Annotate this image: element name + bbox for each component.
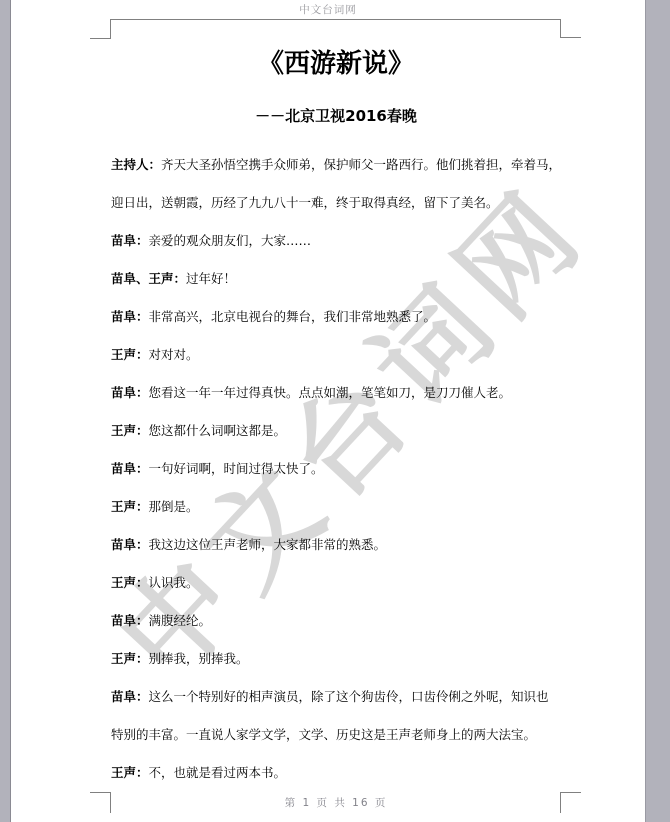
margin-mark-top-left bbox=[90, 19, 111, 39]
speaker-label: 王声： bbox=[111, 765, 149, 780]
dialogue-text: 一句好词啊，时间过得太快了。 bbox=[149, 461, 324, 476]
dialogue-text: 别捧我，别捧我。 bbox=[149, 651, 249, 666]
speaker-label: 苗阜： bbox=[111, 233, 149, 248]
document-viewer: 中文台词网 中文台词网 《西游新说》 －－北京卫视2016春晚 主持人：齐天大圣… bbox=[0, 0, 670, 822]
page-content-layer: 中文台词网 《西游新说》 －－北京卫视2016春晚 主持人：齐天大圣孙悟空携手众… bbox=[11, 0, 645, 822]
speaker-label: 王声： bbox=[111, 347, 149, 362]
dialogue-line: 苗阜：我这边这位王声老师，大家都非常的熟悉。 bbox=[111, 526, 563, 564]
dialogue-text: 我这边这位王声老师，大家都非常的熟悉。 bbox=[149, 537, 387, 552]
document-subtitle: －－北京卫视2016春晚 bbox=[111, 105, 561, 127]
dialogue-text: 特别的丰富。一直说人家学文学，文学、历史这是王声老师身上的两大法宝。 bbox=[111, 727, 536, 742]
speaker-label: 苗阜： bbox=[111, 385, 149, 400]
document-title: 《西游新说》 bbox=[111, 47, 561, 81]
dialogue-text: 认识我。 bbox=[149, 575, 199, 590]
dialogue-line: 苗阜：您看这一年一年过得真快。点点如潮，笔笔如刀，是刀刀催人老。 bbox=[111, 374, 563, 412]
speaker-label: 苗阜： bbox=[111, 461, 149, 476]
speaker-label: 王声： bbox=[111, 575, 149, 590]
dialogue-text: 您看这一年一年过得真快。点点如潮，笔笔如刀，是刀刀催人老。 bbox=[149, 385, 512, 400]
dialogue-line: 王声：不，也就是看过两本书。 bbox=[111, 754, 563, 792]
dialogue-lines: 主持人：齐天大圣孙悟空携手众师弟，保护师父一路西行。他们挑着担，牵着马，迎日出，… bbox=[111, 146, 563, 792]
speaker-label: 王声： bbox=[111, 651, 149, 666]
dialogue-line: 苗阜：非常高兴，北京电视台的舞台，我们非常地熟悉了。 bbox=[111, 298, 563, 336]
dialogue-line: 苗阜、王声：过年好！ bbox=[111, 260, 563, 298]
speaker-label: 苗阜、王声： bbox=[111, 271, 186, 286]
dialogue-text: 对对对。 bbox=[149, 347, 199, 362]
speaker-label: 主持人： bbox=[111, 157, 161, 172]
speaker-label: 苗阜： bbox=[111, 537, 149, 552]
margin-mark-top-right bbox=[560, 19, 581, 38]
speaker-label: 苗阜： bbox=[111, 309, 149, 324]
dialogue-line: 苗阜：这么一个特别好的相声演员，除了这个狗齿伶，口齿伶俐之外呢，知识也 bbox=[111, 678, 563, 716]
dialogue-text: 不，也就是看过两本书。 bbox=[149, 765, 287, 780]
speaker-label: 王声： bbox=[111, 499, 149, 514]
header-boundary-line bbox=[111, 19, 561, 20]
dialogue-text: 这么一个特别好的相声演员，除了这个狗齿伶，口齿伶俐之外呢，知识也 bbox=[149, 689, 549, 704]
dialogue-line: 苗阜：满腹经纶。 bbox=[111, 602, 563, 640]
dialogue-line: 苗阜：亲爱的观众朋友们，大家…… bbox=[111, 222, 563, 260]
dialogue-line: 主持人：齐天大圣孙悟空携手众师弟，保护师父一路西行。他们挑着担，牵着马， bbox=[111, 146, 563, 184]
speaker-label: 苗阜： bbox=[111, 613, 149, 628]
dialogue-text: 那倒是。 bbox=[149, 499, 199, 514]
dialogue-text: 过年好！ bbox=[186, 271, 236, 286]
dialogue-text: 齐天大圣孙悟空携手众师弟，保护师父一路西行。他们挑着担，牵着马， bbox=[161, 157, 561, 172]
dialogue-line: 王声：别捧我，别捧我。 bbox=[111, 640, 563, 678]
document-page: 中文台词网 中文台词网 《西游新说》 －－北京卫视2016春晚 主持人：齐天大圣… bbox=[10, 0, 646, 822]
dialogue-line: 王声：对对对。 bbox=[111, 336, 563, 374]
dialogue-line: 迎日出，送朝霞，历经了九九八十一难，终于取得真经，留下了美名。 bbox=[111, 184, 563, 222]
page-footer-text: 第 1 页 共 16 页 bbox=[111, 795, 561, 810]
speaker-label: 苗阜： bbox=[111, 689, 149, 704]
page-header-text: 中文台词网 bbox=[11, 2, 645, 17]
dialogue-line: 王声：那倒是。 bbox=[111, 488, 563, 526]
dialogue-text: 亲爱的观众朋友们，大家…… bbox=[149, 233, 312, 248]
dialogue-line: 特别的丰富。一直说人家学文学，文学、历史这是王声老师身上的两大法宝。 bbox=[111, 716, 563, 754]
dialogue-line: 王声：您这都什么词啊这都是。 bbox=[111, 412, 563, 450]
dialogue-text: 迎日出，送朝霞，历经了九九八十一难，终于取得真经，留下了美名。 bbox=[111, 195, 499, 210]
dialogue-line: 苗阜：一句好词啊，时间过得太快了。 bbox=[111, 450, 563, 488]
speaker-label: 王声： bbox=[111, 423, 149, 438]
dialogue-line: 王声：认识我。 bbox=[111, 564, 563, 602]
margin-mark-bottom-left bbox=[90, 792, 111, 813]
dialogue-text: 您这都什么词啊这都是。 bbox=[149, 423, 287, 438]
dialogue-text: 非常高兴，北京电视台的舞台，我们非常地熟悉了。 bbox=[149, 309, 437, 324]
dialogue-text: 满腹经纶。 bbox=[149, 613, 212, 628]
margin-mark-bottom-right bbox=[560, 792, 581, 813]
